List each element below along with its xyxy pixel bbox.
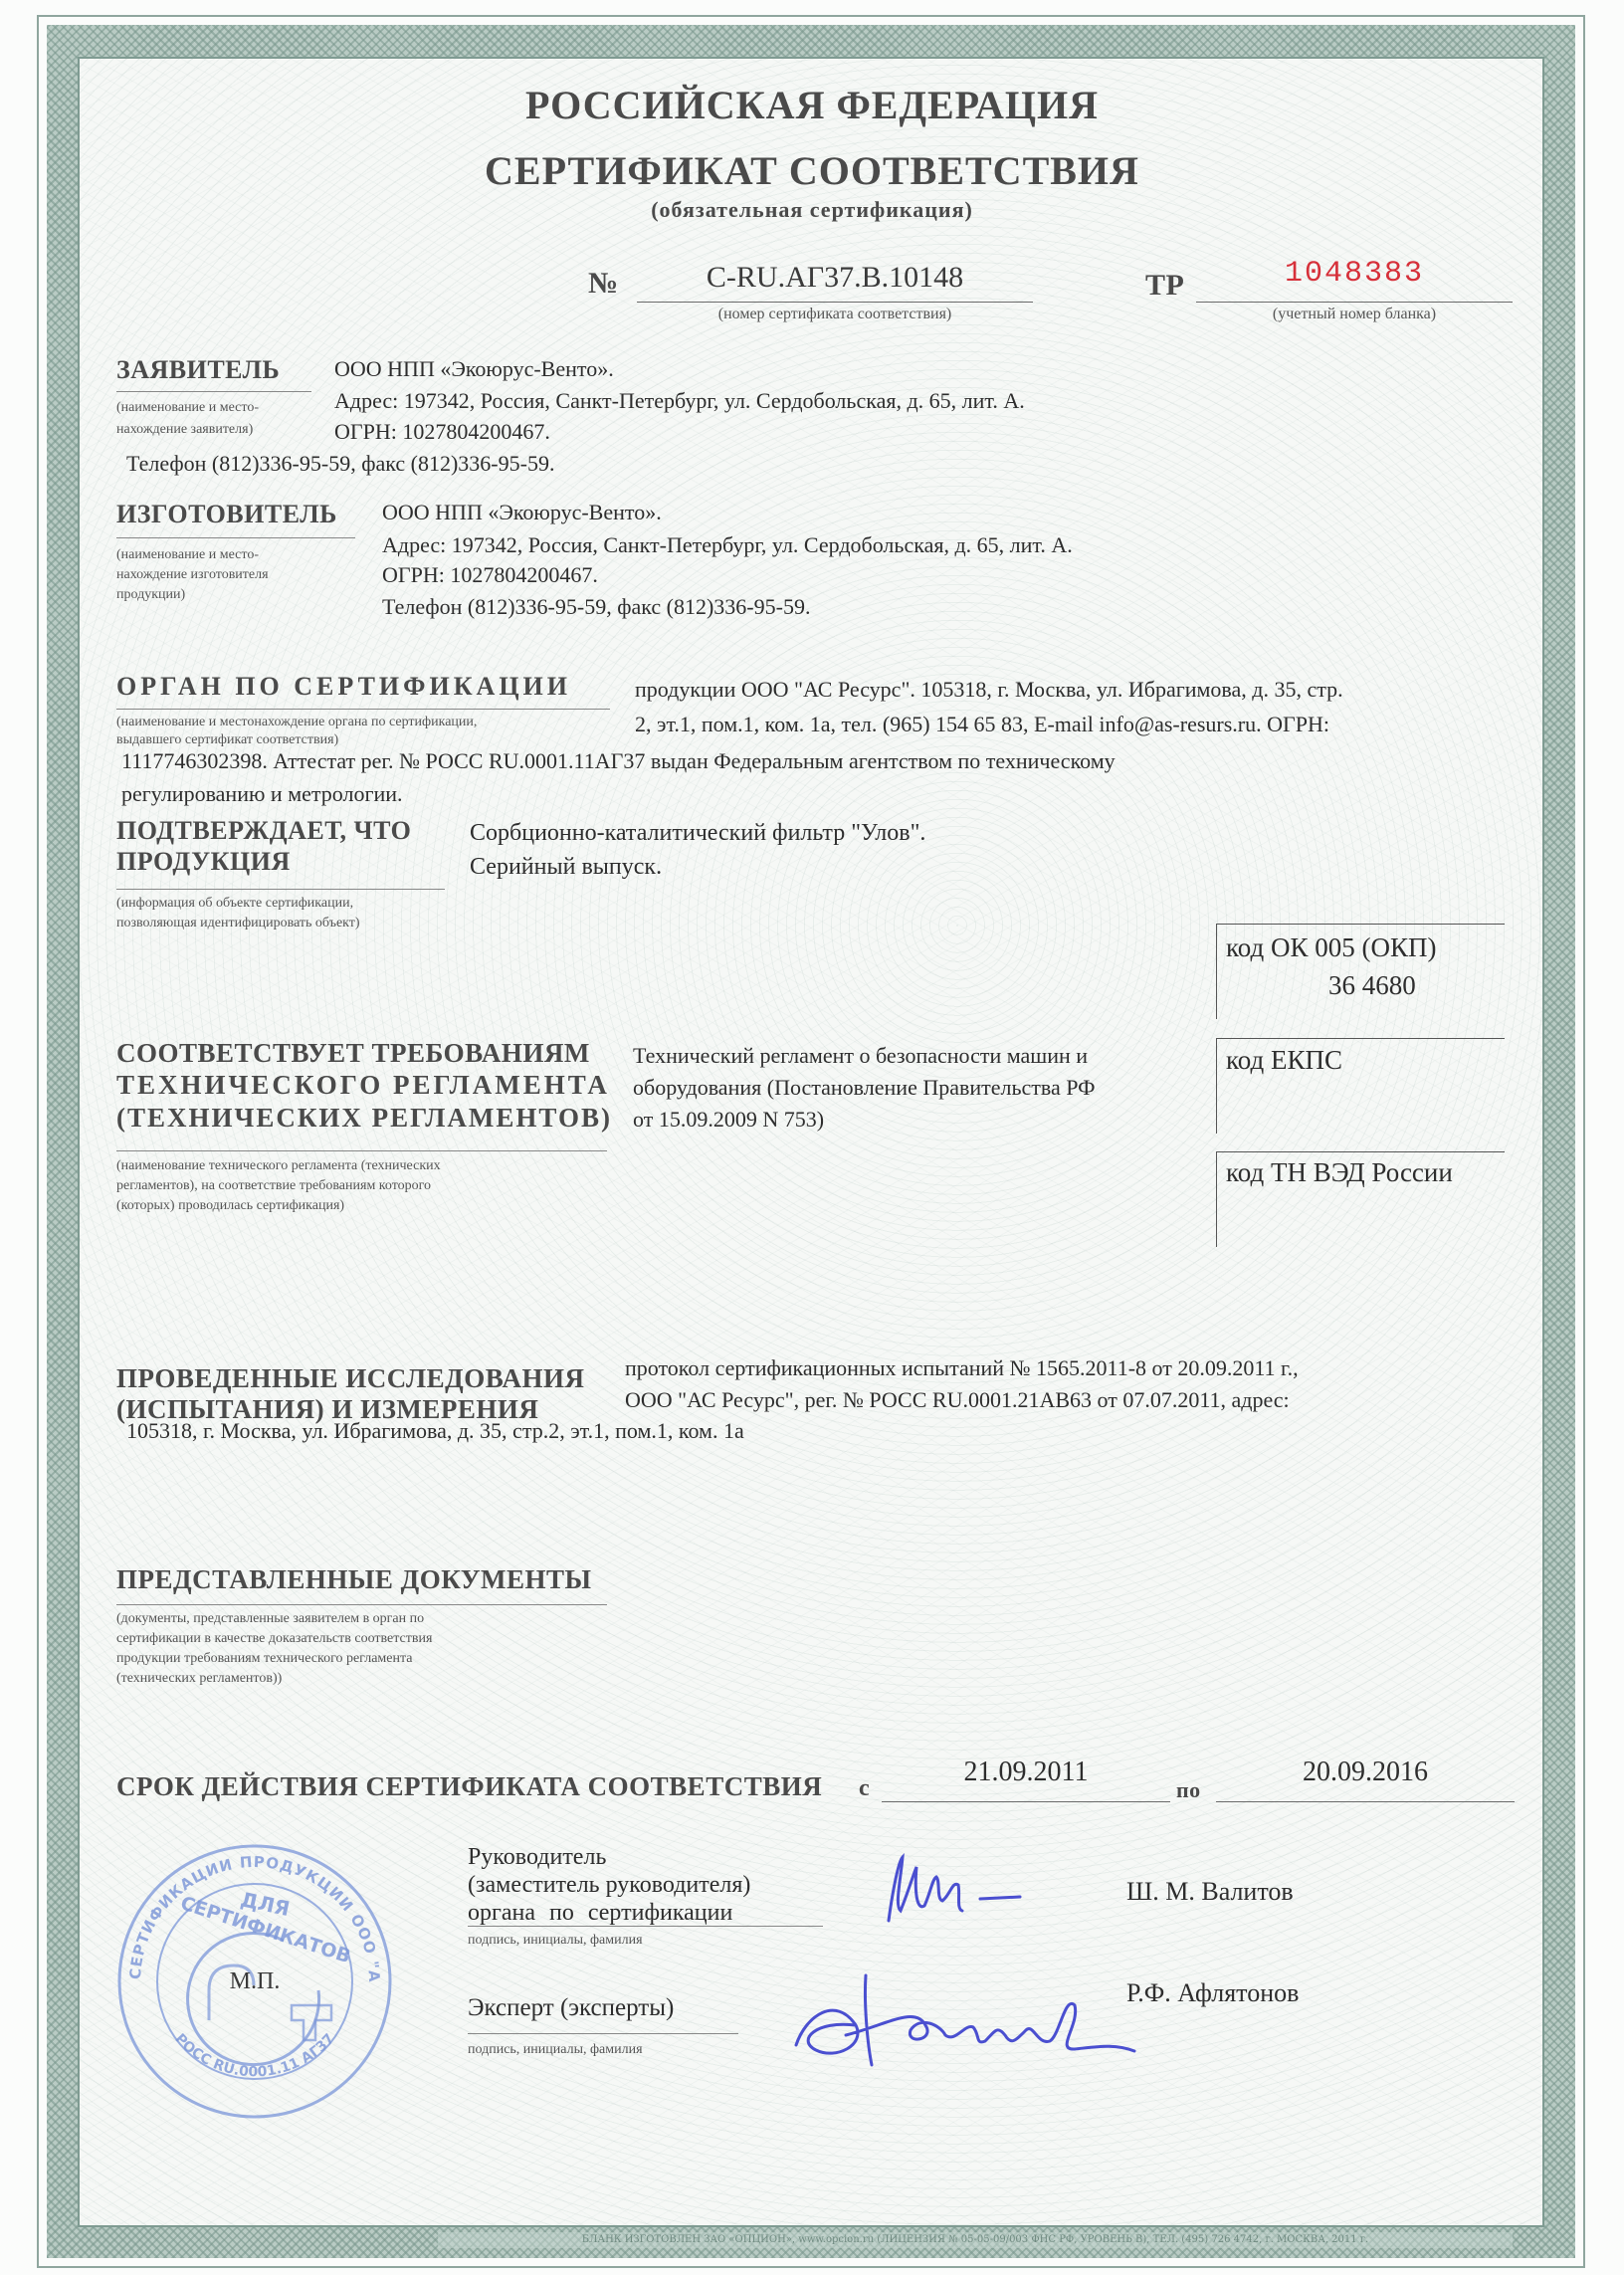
- requirements-underline: [116, 1150, 607, 1151]
- expert-label: Эксперт (эксперты): [468, 1994, 674, 2022]
- validity-from-label: с: [859, 1775, 870, 1802]
- certification-body-underline: [116, 709, 610, 710]
- manufacturer-label-underline: [116, 537, 355, 538]
- expert-underline: [468, 2033, 738, 2034]
- tnved-box-top: [1216, 1151, 1505, 1152]
- head-label-3: органа по сертификации: [468, 1899, 732, 1927]
- requirements-caption-2: регламентов), на соответствие требования…: [116, 1176, 431, 1196]
- validity-from-underline: [882, 1801, 1170, 1802]
- tnved-box-left: [1216, 1151, 1217, 1247]
- manufacturer-caption-2: нахождение изготовителя: [116, 565, 269, 585]
- manufacturer-phone: Телефон (812)336-95-59, факс (812)336-95…: [382, 594, 810, 620]
- expert-caption: подпись, инициалы, фамилия: [468, 2040, 643, 2060]
- certification-body-caption-2: выдавшего сертификат соответствия): [116, 730, 338, 750]
- ekps-box-top: [1216, 1038, 1505, 1039]
- documents-caption-4: (технических регламентов)): [116, 1669, 282, 1689]
- product-serial: Серийный выпуск.: [470, 854, 662, 881]
- tests-line-2: ООО "АС Ресурс", рег. № РОСС RU.0001.21А…: [625, 1387, 1290, 1413]
- expert-signature: [776, 1965, 1144, 2075]
- manufacturer-address: Адрес: 197342, Россия, Санкт-Петербург, …: [382, 532, 1073, 558]
- tests-label-1: ПРОВЕДЕННЫЕ ИССЛЕДОВАНИЯ: [116, 1363, 585, 1394]
- requirements-line-3: от 15.09.2009 N 753): [633, 1107, 824, 1133]
- requirements-label-3: (ТЕХНИЧЕСКИХ РЕГЛАМЕНТОВ): [116, 1103, 612, 1134]
- validity-label: СРОК ДЕЙСТВИЯ СЕРТИФИКАТА СООТВЕТСТВИЯ: [116, 1771, 822, 1802]
- applicant-ogrn: ОГРН: 1027804200467.: [334, 419, 550, 445]
- ekps-code-label: код ЕКПС: [1226, 1045, 1342, 1076]
- blank-number-caption: (учетный номер бланка): [1196, 305, 1513, 324]
- requirements-caption-1: (наименование технического регламента (т…: [116, 1156, 441, 1176]
- okp-code-value: 36 4680: [1328, 970, 1416, 1001]
- validity-to-label: по: [1176, 1777, 1201, 1803]
- expert-name: Р.Ф. Афлятонов: [1126, 1978, 1299, 2008]
- head-signature: [881, 1851, 1060, 1931]
- stamp-c-logo-icon: [188, 1934, 319, 2065]
- manufacturer-label: ИЗГОТОВИТЕЛЬ: [116, 500, 337, 529]
- document-subtitle: (обязательная сертификация): [0, 197, 1624, 223]
- product-caption-2: позволяющая идентифицировать объект): [116, 914, 360, 933]
- documents-caption-3: продукции требованиям технического регла…: [116, 1649, 413, 1669]
- requirements-label-1: СООТВЕТСТВУЕТ ТРЕБОВАНИЯМ: [116, 1038, 590, 1069]
- certification-body-line-4: регулированию и метрологии.: [121, 781, 403, 807]
- head-label-2: (заместитель руководителя): [468, 1871, 750, 1899]
- head-name: Ш. М. Валитов: [1126, 1877, 1294, 1907]
- head-label-1: Руководитель: [468, 1843, 606, 1871]
- requirements-line-1: Технический регламент о безопасности маш…: [633, 1043, 1088, 1069]
- blank-number-underline: [1196, 302, 1513, 303]
- tests-line-3: 105318, г. Москва, ул. Ибрагимова, д. 35…: [126, 1418, 744, 1444]
- okp-code-label: код ОК 005 (ОКП): [1226, 932, 1436, 963]
- certificate-number: C-RU.АГ37.B.10148: [637, 261, 1033, 295]
- documents-underline: [116, 1604, 607, 1605]
- blank-print-info: БЛАНК ИЗГОТОВЛЕН ЗАО «ОПЦИОН», www.opcio…: [438, 2232, 1513, 2248]
- okp-box-left: [1216, 924, 1217, 1019]
- certification-body-line-2: 2, эт.1, пом.1, ком. 1а, тел. (965) 154 …: [635, 712, 1329, 737]
- manufacturer-name: ООО НПП «Экоюрус-Венто».: [382, 500, 662, 525]
- certification-body-label: ОРГАН ПО СЕРТИФИКАЦИИ: [116, 672, 571, 702]
- product-caption-1: (информация об объекте сертификации,: [116, 894, 353, 914]
- seal-place-label: М.П.: [230, 1968, 281, 1994]
- certificate-number-underline: [637, 302, 1033, 303]
- svg-text:РОСС RU.0001.11 АГ37: РОСС RU.0001.11 АГ37: [172, 2031, 338, 2081]
- applicant-caption-2: нахождение заявителя): [116, 420, 253, 440]
- certification-body-line-1: продукции ООО "АС Ресурс". 105318, г. Мо…: [635, 677, 1343, 703]
- applicant-name: ООО НПП «Экоюрус-Венто».: [334, 356, 614, 382]
- certificate-number-caption: (номер сертификата соответствия): [637, 305, 1033, 324]
- country-title: РОССИЙСКАЯ ФЕДЕРАЦИЯ: [0, 82, 1624, 128]
- documents-caption-2: сертификации в качестве доказательств со…: [116, 1629, 432, 1649]
- head-caption: подпись, инициалы, фамилия: [468, 1931, 643, 1951]
- applicant-label-underline: [116, 391, 311, 392]
- ekps-box-left: [1216, 1038, 1217, 1134]
- tr-label: ТР: [1145, 269, 1184, 303]
- validity-to-date: 20.09.2016: [1216, 1757, 1515, 1788]
- document-title: СЕРТИФИКАТ СООТВЕТСТВИЯ: [0, 147, 1624, 194]
- product-label-2: ПРОДУКЦИЯ: [116, 847, 291, 877]
- product-name: Сорбционно-каталитический фильтр "Улов".: [470, 820, 925, 847]
- applicant-label: ЗАЯВИТЕЛЬ: [116, 355, 280, 385]
- requirements-line-2: оборудования (Постановление Правительств…: [633, 1075, 1096, 1101]
- tests-line-1: протокол сертификационных испытаний № 15…: [625, 1355, 1299, 1381]
- documents-label: ПРЕДСТАВЛЕННЫЕ ДОКУМЕНТЫ: [116, 1564, 592, 1595]
- blank-number: 1048383: [1196, 257, 1513, 291]
- validity-from-date: 21.09.2011: [882, 1757, 1170, 1788]
- number-sign: №: [588, 267, 619, 301]
- manufacturer-caption-3: продукции): [116, 585, 185, 605]
- okp-box-top: [1216, 924, 1505, 925]
- certification-body-caption-1: (наименование и местонахождение органа п…: [116, 713, 477, 732]
- head-underline: [468, 1926, 823, 1927]
- stamp-bottom-text: РОСС RU.0001.11 АГ37: [172, 2031, 338, 2081]
- manufacturer-caption-1: (наименование и место-: [116, 545, 259, 565]
- certification-body-line-3: 1117746302398. Аттестат рег. № РОСС RU.0…: [121, 748, 1116, 774]
- product-label-underline: [116, 889, 445, 890]
- applicant-phone: Телефон (812)336-95-59, факс (812)336-95…: [126, 451, 554, 477]
- requirements-caption-3: (которых) проводилась сертификация): [116, 1196, 344, 1216]
- validity-to-underline: [1216, 1801, 1515, 1802]
- documents-caption-1: (документы, представленные заявителем в …: [116, 1609, 424, 1629]
- requirements-label-2: ТЕХНИЧЕСКОГО РЕГЛАМЕНТА: [116, 1070, 610, 1101]
- manufacturer-ogrn: ОГРН: 1027804200467.: [382, 562, 598, 588]
- seal-stamp: ОРГАН ПО СЕРТИФИКАЦИИ ПРОДУКЦИИ ООО "АС …: [114, 1841, 395, 2122]
- applicant-caption-1: (наименование и место-: [116, 398, 259, 418]
- product-label-1: ПОДТВЕРЖДАЕТ, ЧТО: [116, 816, 411, 846]
- tnved-code-label: код ТН ВЭД России: [1226, 1157, 1453, 1188]
- applicant-address: Адрес: 197342, Россия, Санкт-Петербург, …: [334, 388, 1025, 414]
